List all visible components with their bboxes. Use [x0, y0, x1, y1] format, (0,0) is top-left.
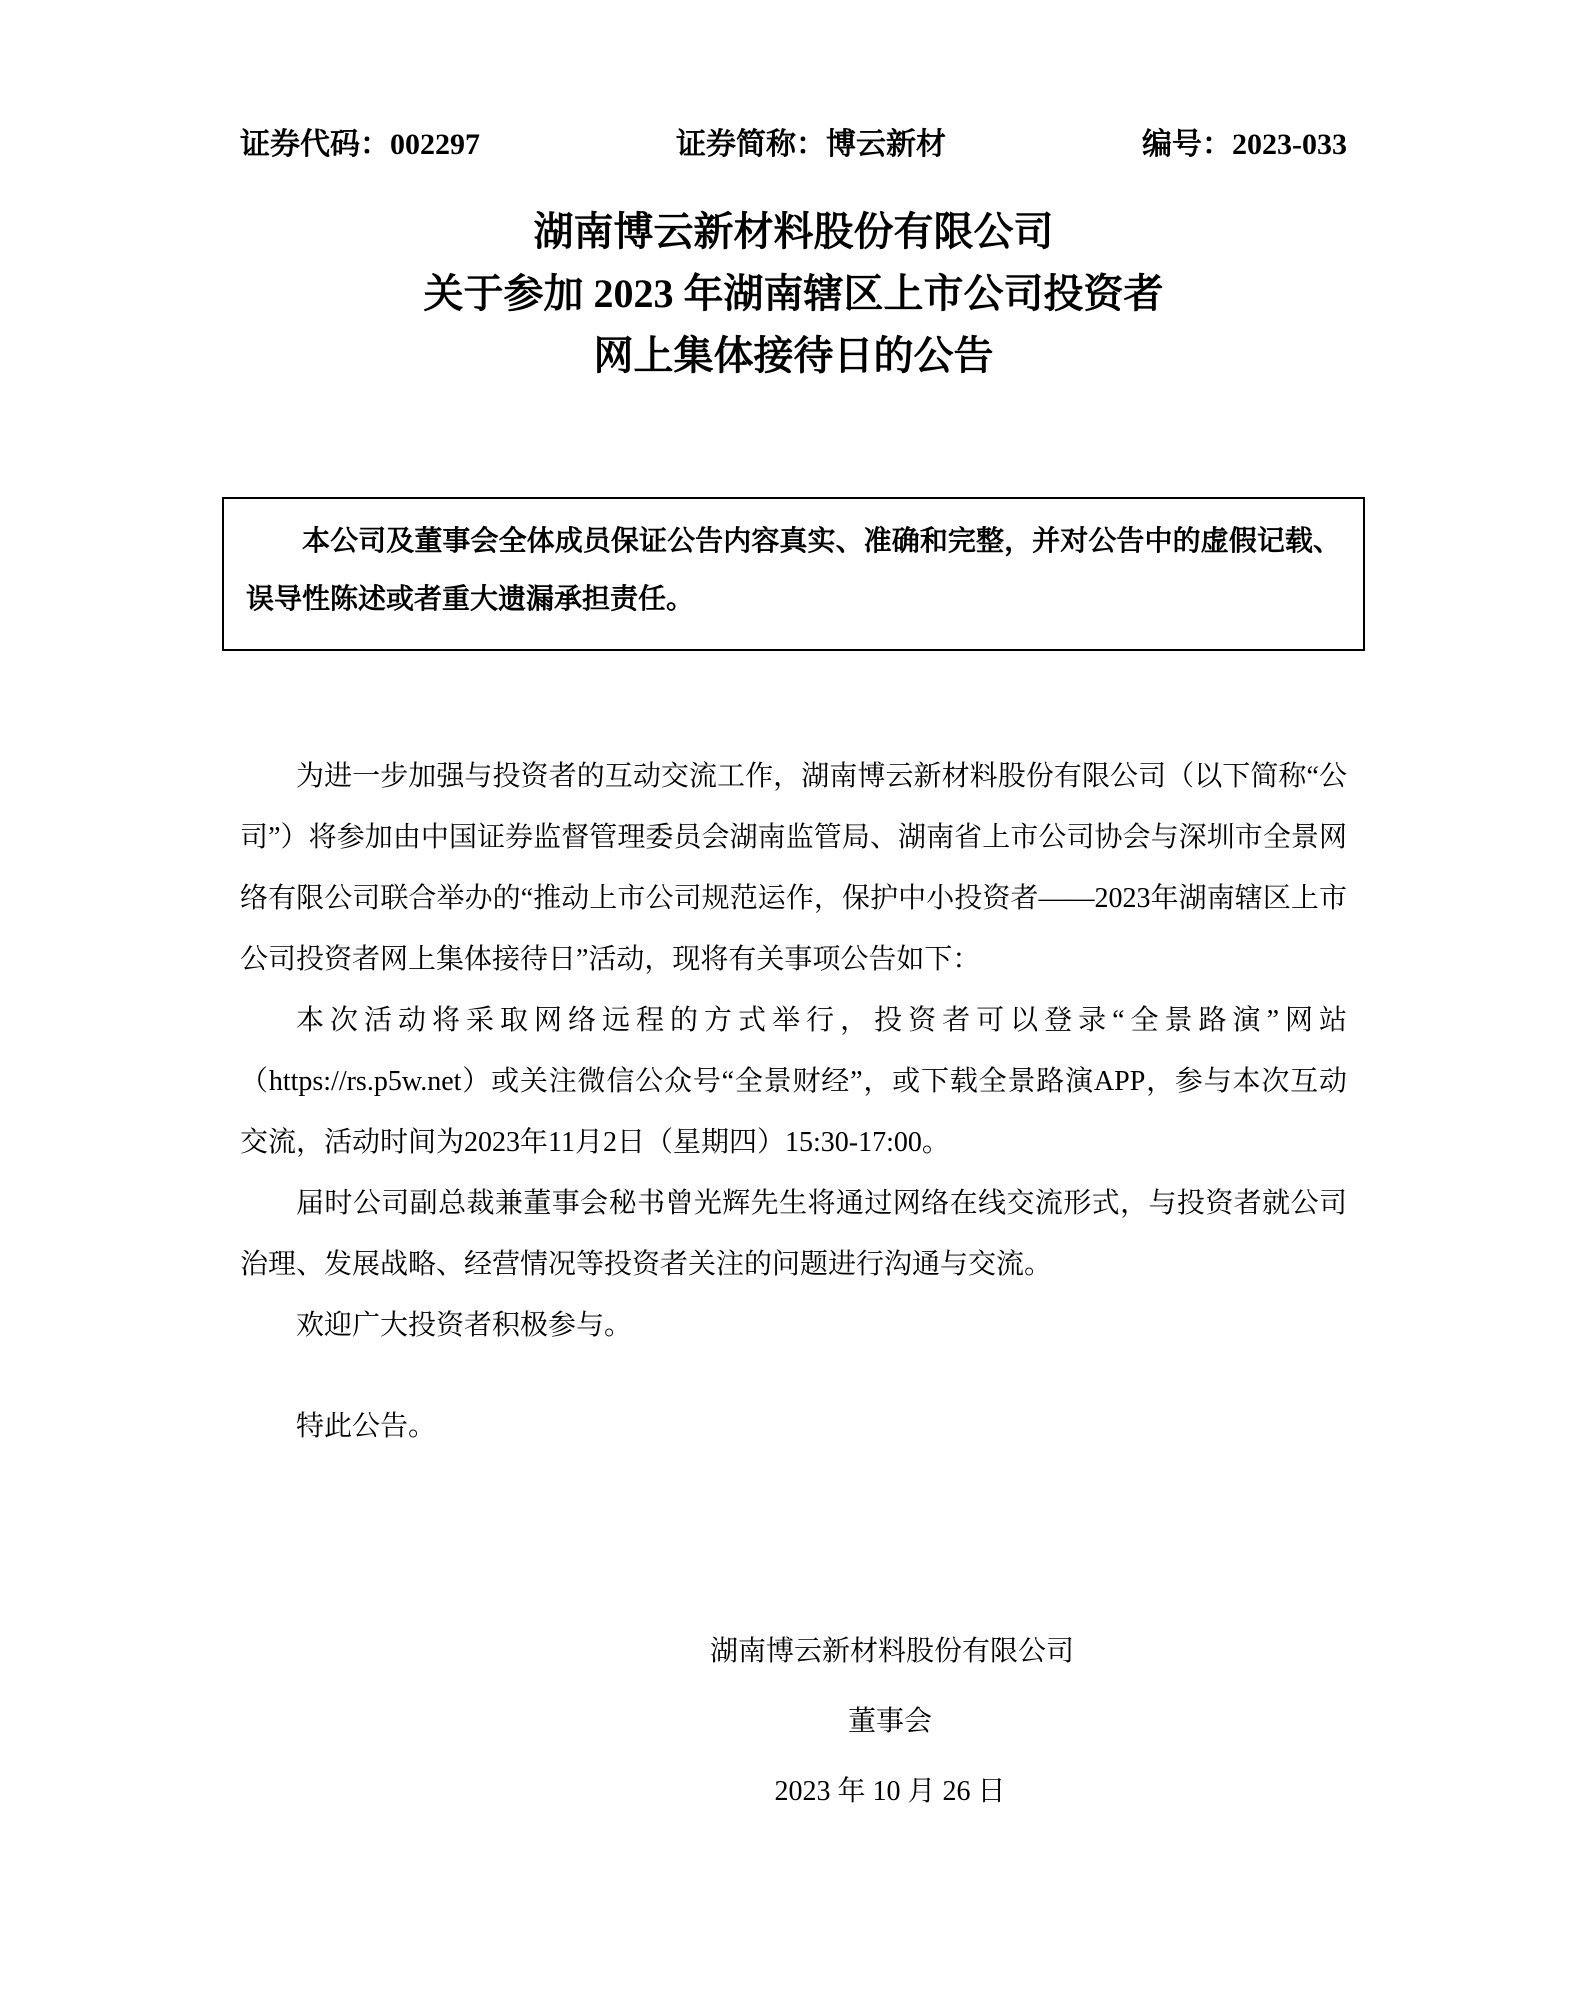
statement-box: 本公司及董事会全体成员保证公告内容真实、准确和完整，并对公告中的虚假记载、误导性…: [222, 497, 1365, 651]
closing-line: 特此公告。: [240, 1396, 1347, 1457]
statement-text: 本公司及董事会全体成员保证公告内容真实、准确和完整，并对公告中的虚假记载、误导性…: [246, 513, 1341, 629]
signature-date: 2023 年 10 月 26 日: [710, 1757, 1070, 1827]
stock-code: 证券代码：002297: [240, 125, 480, 165]
announcement-body: 为进一步加强与投资者的互动交流工作，湖南博云新材料股份有限公司（以下简称“公司”…: [240, 746, 1347, 1457]
signature-board: 董事会: [710, 1687, 1070, 1757]
document-number: 编号：2023-033: [1142, 125, 1347, 165]
body-paragraph: 为进一步加强与投资者的互动交流工作，湖南博云新材料股份有限公司（以下简称“公司”…: [240, 746, 1347, 990]
document-header: 证券代码：002297 证券简称：博云新材 编号：2023-033: [240, 125, 1347, 165]
title-line-event: 关于参加 2023 年湖南辖区上市公司投资者: [240, 263, 1347, 325]
title-line-announcement: 网上集体接待日的公告: [240, 325, 1347, 387]
body-paragraph: 本次活动将采取网络远程的方式举行，投资者可以登录“全景路演”网站（https:/…: [240, 990, 1347, 1173]
signature-company: 湖南博云新材料股份有限公司: [710, 1617, 1070, 1687]
body-paragraph: 届时公司副总裁兼董事会秘书曾光辉先生将通过网络在线交流形式，与投资者就公司治理、…: [240, 1173, 1347, 1295]
signature-block: 湖南博云新材料股份有限公司 董事会 2023 年 10 月 26 日: [710, 1617, 1070, 1827]
body-paragraph: 欢迎广大投资者积极参与。: [240, 1295, 1347, 1356]
title-line-company: 湖南博云新材料股份有限公司: [240, 201, 1347, 263]
stock-abbreviation: 证券简称：博云新材: [676, 125, 946, 165]
document-title: 湖南博云新材料股份有限公司 关于参加 2023 年湖南辖区上市公司投资者 网上集…: [240, 201, 1347, 387]
announcement-page: 证券代码：002297 证券简称：博云新材 编号：2023-033 湖南博云新材…: [0, 0, 1587, 2000]
